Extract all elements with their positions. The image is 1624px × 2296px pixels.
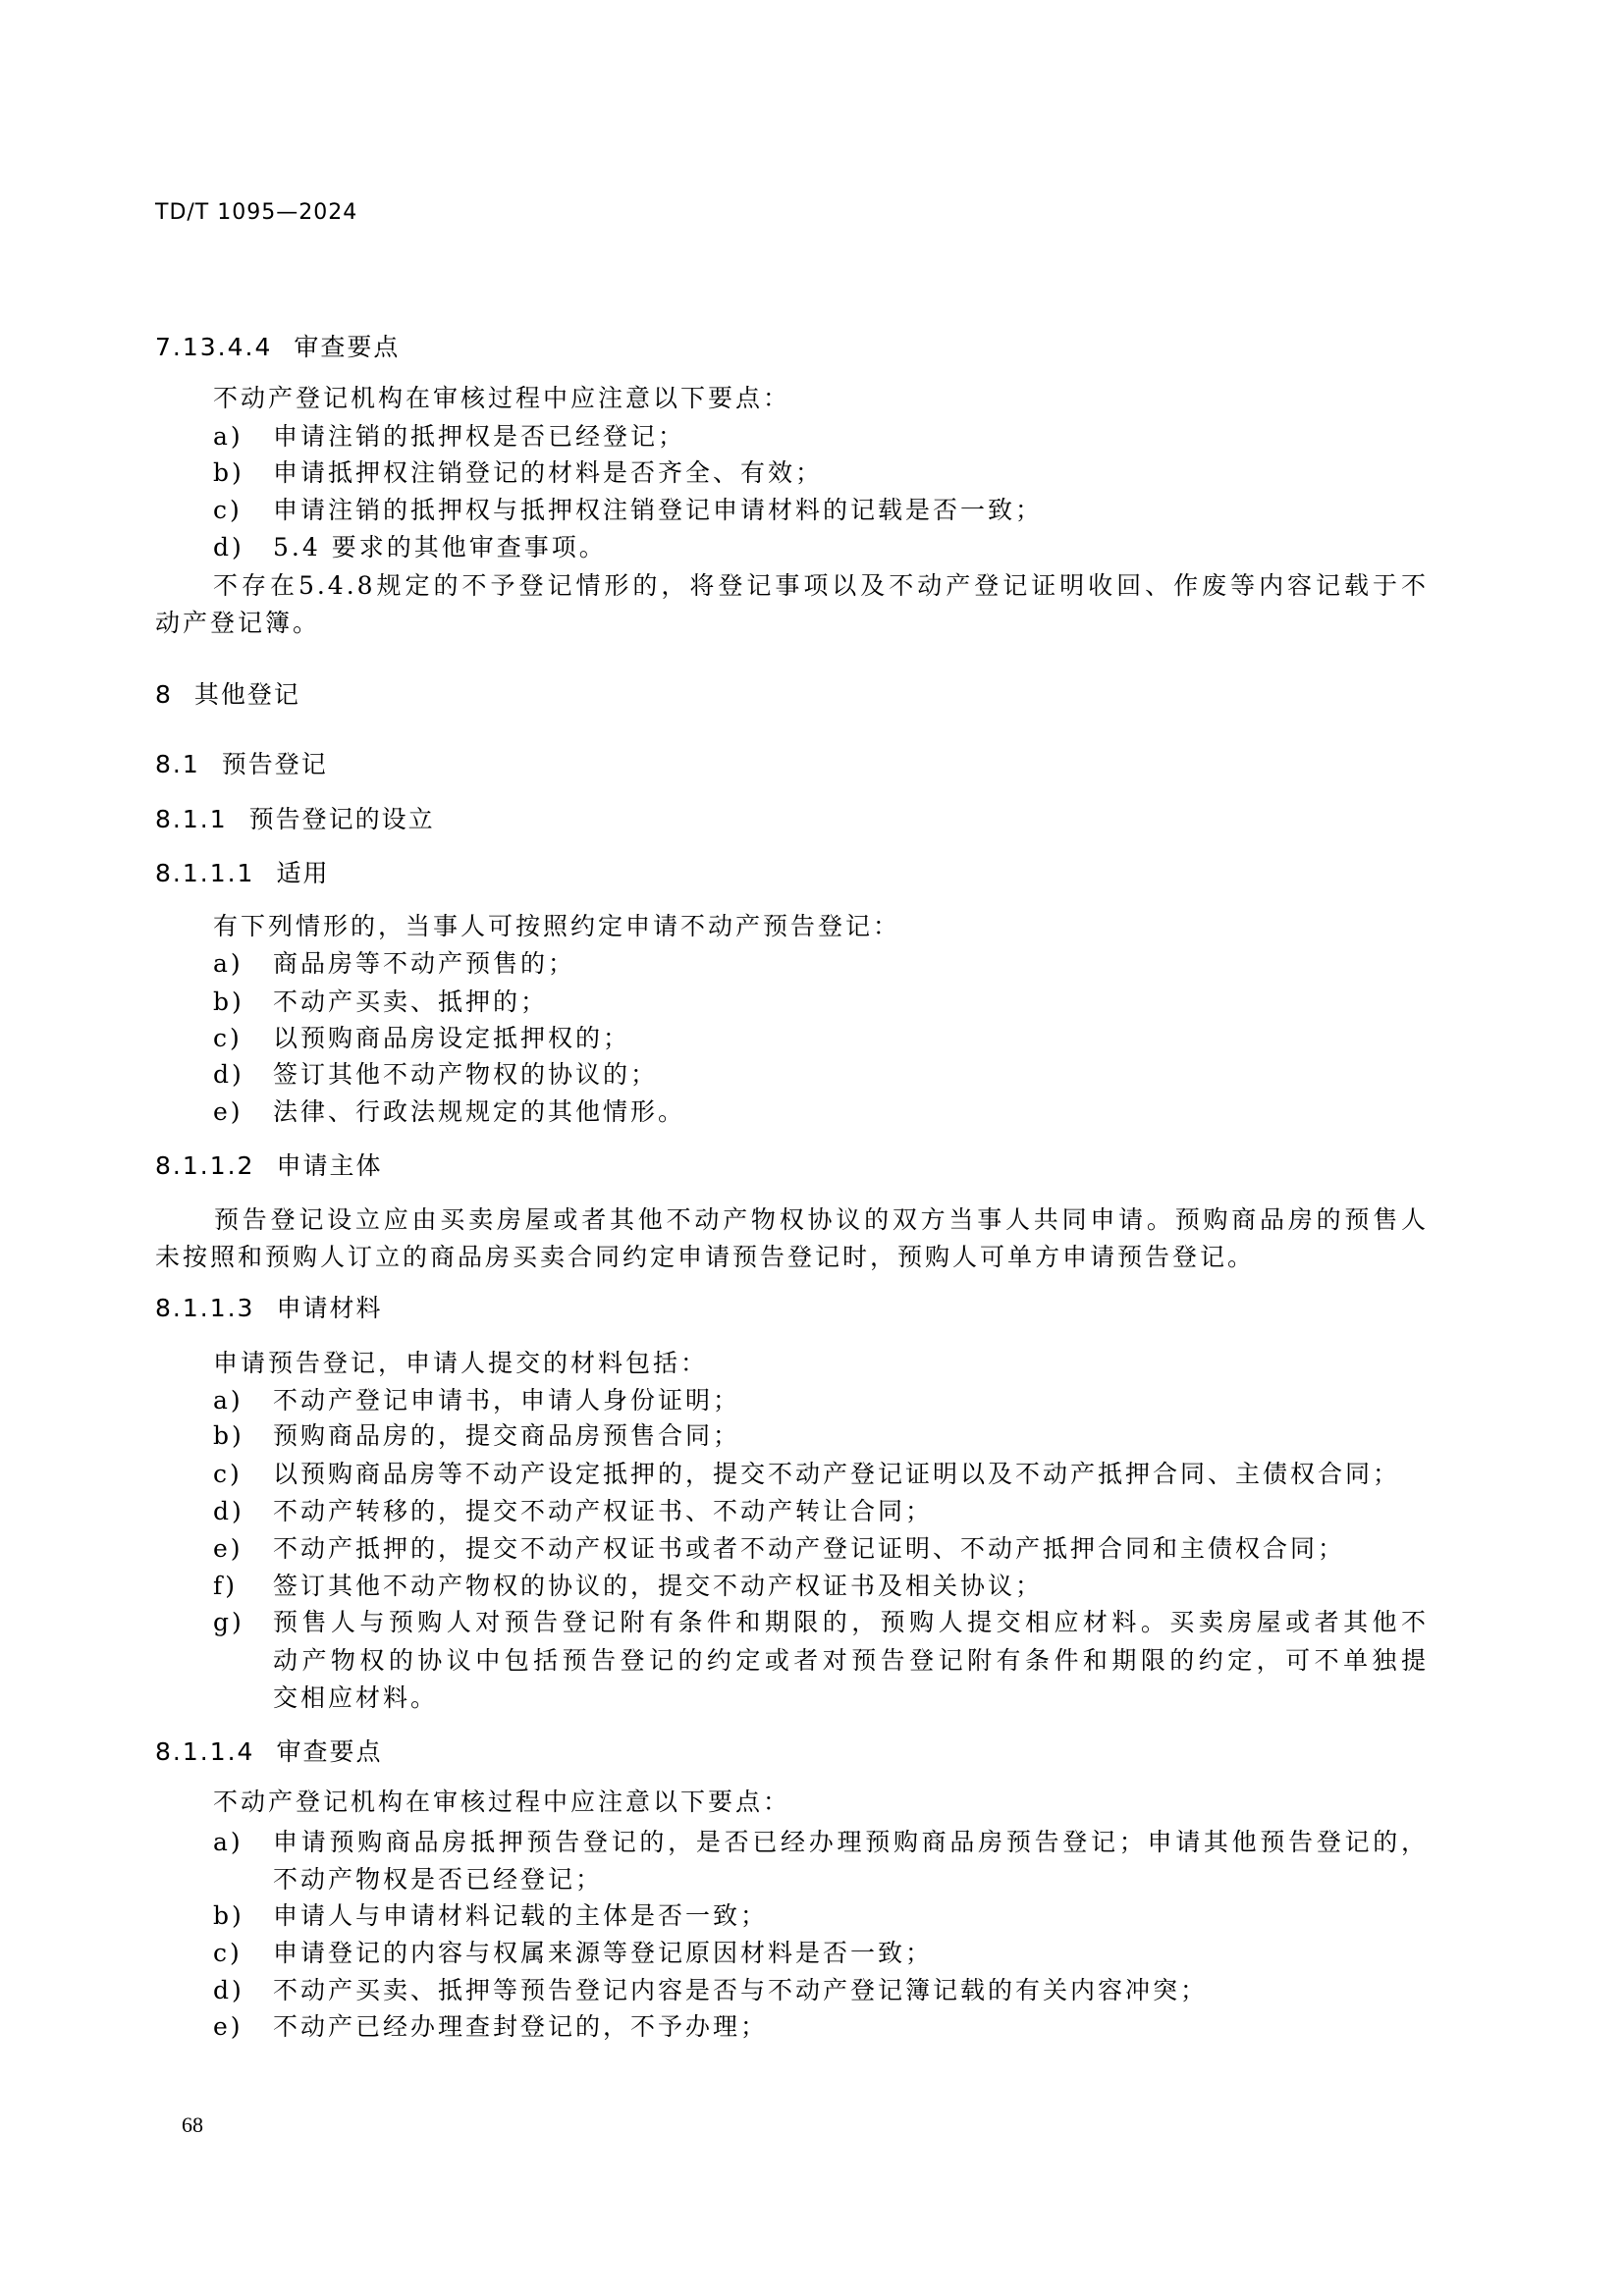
section-number: 8.1.1.3 <box>155 1294 254 1323</box>
document-id: TD/T 1095—2024 <box>155 198 357 228</box>
list-marker: c) <box>213 1024 243 1053</box>
list-item-text: 签订其他不动产物权的协议的，提交不动产权证书及相关协议； <box>273 1572 1043 1601</box>
list-item-continuation: 不动产物权是否已经登记； <box>273 1865 603 1895</box>
list-marker: c) <box>213 1939 243 1968</box>
section-number: 7.13.4.4 <box>155 333 272 362</box>
list-item-text: 预售人与预购人对预告登记附有条件和期限的，预购人提交相应材料。买卖房屋或者其他不 <box>273 1608 1429 1637</box>
section-number: 8.1.1.1 <box>155 859 254 888</box>
page-number: 68 <box>182 2110 203 2140</box>
list-item-text: 申请抵押权注销登记的材料是否齐全、有效； <box>273 458 823 488</box>
section-number: 8.1.1 <box>155 805 228 834</box>
list-item-text: 商品房等不动产预售的； <box>273 949 575 979</box>
list-marker: d) <box>213 533 244 562</box>
list-item-text: 不动产买卖、抵押等预告登记内容是否与不动产登记簿记载的有关内容冲突； <box>273 1976 1208 2005</box>
section-title: 预告登记的设立 <box>249 805 435 833</box>
section-title: 申请主体 <box>276 1151 382 1180</box>
list-item-text: 不动产已经办理查封登记的，不予办理； <box>273 2012 768 2042</box>
list-item-text: 不动产登记申请书，申请人身份证明； <box>273 1386 740 1415</box>
section-heading-8-1: 8.1预告登记 <box>155 750 328 779</box>
list-marker: e) <box>213 1534 244 1564</box>
list-item-text: 5.4 要求的其他审查事项。 <box>273 533 607 562</box>
section-number: 8.1.1.4 <box>155 1737 254 1767</box>
list-item-text: 申请登记的内容与权属来源等登记原因材料是否一致； <box>273 1939 933 1968</box>
paragraph-line: 预告登记设立应由买卖房屋或者其他不动产物权协议的双方当事人共同申请。预购商品房的… <box>214 1205 1429 1235</box>
section-title: 审查要点 <box>276 1737 382 1766</box>
section-heading-8-1-1-1: 8.1.1.1适用 <box>155 859 329 888</box>
section-heading-8-1-1: 8.1.1预告登记的设立 <box>155 805 435 834</box>
section-title: 其他登记 <box>194 680 300 709</box>
list-marker: b) <box>213 988 244 1017</box>
section-number: 8.1 <box>155 750 200 779</box>
list-marker: f) <box>213 1572 238 1601</box>
list-item-continuation: 动产物权的协议中包括预告登记的约定或者对预告登记附有条件和期限的约定，可不单独提 <box>273 1646 1429 1676</box>
paragraph-intro: 不动产登记机构在审核过程中应注意以下要点： <box>213 384 790 413</box>
section-number: 8 <box>155 680 173 710</box>
paragraph-line: 未按照和预购人订立的商品房买卖合同约定申请预告登记时，预购人可单方申请预告登记。 <box>155 1243 1255 1272</box>
paragraph-intro: 有下列情形的，当事人可按照约定申请不动产预告登记： <box>213 912 900 941</box>
list-marker: d) <box>213 1497 244 1526</box>
list-marker: a) <box>213 1386 244 1415</box>
section-title: 申请材料 <box>276 1294 382 1322</box>
list-item-text: 不动产转移的，提交不动产权证书、不动产转让合同； <box>273 1497 933 1526</box>
section-title: 适用 <box>276 859 329 887</box>
list-marker: b) <box>213 1421 244 1451</box>
list-marker: d) <box>213 1060 244 1090</box>
list-marker: d) <box>213 1976 244 2005</box>
list-item-text: 申请预购商品房抵押预告登记的，是否已经办理预购商品房预告登记；申请其他预告登记的… <box>273 1828 1429 1857</box>
list-marker: e) <box>213 1097 244 1127</box>
list-item-text: 签订其他不动产物权的协议的； <box>273 1060 658 1090</box>
section-heading-8-1-1-4: 8.1.1.4审查要点 <box>155 1737 382 1767</box>
list-marker: c) <box>213 496 243 525</box>
paragraph-line: 不存在5.4.8规定的不予登记情形的，将登记事项以及不动产登记证明收回、作废等内… <box>213 571 1429 601</box>
list-marker: a) <box>213 422 244 452</box>
list-marker: e) <box>213 2012 244 2042</box>
section-heading-8-1-1-2: 8.1.1.2申请主体 <box>155 1151 382 1181</box>
list-item-text: 申请注销的抵押权与抵押权注销登记申请材料的记载是否一致； <box>273 496 1043 525</box>
list-item-text: 以预购商品房等不动产设定抵押的，提交不动产登记证明以及不动产抵押合同、主债权合同… <box>273 1460 1400 1489</box>
list-item-text: 不动产买卖、抵押的； <box>273 988 548 1017</box>
section-number: 8.1.1.2 <box>155 1151 254 1181</box>
list-marker: a) <box>213 949 244 979</box>
list-item-text: 不动产抵押的，提交不动产权证书或者不动产登记证明、不动产抵押合同和主债权合同； <box>273 1534 1345 1564</box>
list-marker: g) <box>213 1608 244 1637</box>
list-item-text: 申请注销的抵押权是否已经登记； <box>273 422 685 452</box>
list-item-text: 法律、行政法规规定的其他情形。 <box>273 1097 685 1127</box>
document-page: TD/T 1095—2024 7.13.4.4审查要点 不动产登记机构在审核过程… <box>0 0 1624 2296</box>
paragraph-intro: 申请预告登记，申请人提交的材料包括： <box>213 1349 708 1378</box>
list-marker: b) <box>213 1901 244 1931</box>
section-title: 审查要点 <box>294 333 400 361</box>
list-item-text: 以预购商品房设定抵押权的； <box>273 1024 630 1053</box>
list-item-continuation: 交相应材料。 <box>273 1683 438 1713</box>
list-item-text: 申请人与申请材料记载的主体是否一致； <box>273 1901 768 1931</box>
paragraph-intro: 不动产登记机构在审核过程中应注意以下要点： <box>213 1788 790 1817</box>
list-marker: c) <box>213 1460 243 1489</box>
section-title: 预告登记 <box>222 750 328 778</box>
chapter-heading-8: 8其他登记 <box>155 680 300 710</box>
list-marker: a) <box>213 1828 244 1857</box>
list-item-text: 预购商品房的，提交商品房预售合同； <box>273 1421 740 1451</box>
list-marker: b) <box>213 458 244 488</box>
section-heading-7-13-4-4: 7.13.4.4审查要点 <box>155 333 400 362</box>
section-heading-8-1-1-3: 8.1.1.3申请材料 <box>155 1294 382 1323</box>
paragraph-line: 动产登记簿。 <box>155 609 320 638</box>
